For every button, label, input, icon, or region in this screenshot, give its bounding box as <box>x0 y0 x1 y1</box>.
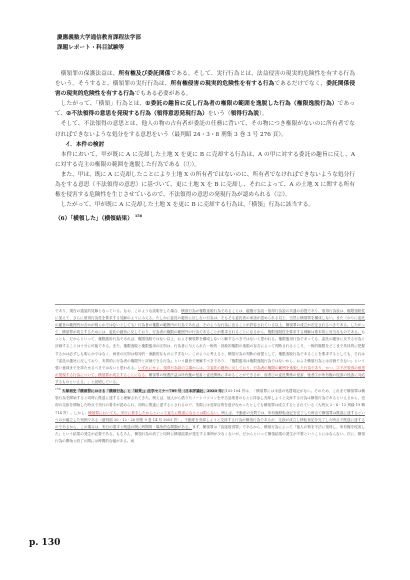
footnote-number: 156 <box>55 387 61 391</box>
footnote-citation: 大塚裕史『横領罪における「横領行為」と「結果」』法学セミナー789 号（日本評論… <box>62 389 226 393</box>
footnotes: であり、現在の通説的見解となっている。なお、このような説明をした場合、横領行為が… <box>55 308 365 445</box>
paragraph-case-2: また、甲は、既に A に売却したことにより土地 X の所有者ではないのに、所有者… <box>55 170 355 200</box>
document-page: 慶應義塾大学通信教育課程法学部 課題レポート・科目試験等 横領罪の保護法益は、所… <box>0 0 410 580</box>
university-program-title: 慶應義塾大学通信教育課程法学部 <box>57 33 141 43</box>
footnote-155: であり、現在の通説的見解となっている。なお、このような説明をした場合、横領行為が… <box>55 308 365 386</box>
paragraph-case-1: 本件において、甲が既に A に売却した土地 X を更に B に売却する行為は、A… <box>55 150 355 170</box>
paragraph-intent: そして、不法領得の意思とは、他人の物の占有者が委託の任務に背いて、その物につき権… <box>55 119 355 139</box>
main-text: 横領罪の保護法益は、所有権及び委託関係である。そして、実行行為とは、法益侵害の現… <box>55 69 355 224</box>
footnote-divider <box>55 304 365 305</box>
paragraph-protected-interest: 横領罪の保護法益は、所有権及び委託関係である。そして、実行行為とは、法益侵害の現… <box>55 69 355 99</box>
document-header: 慶應義塾大学通信教育課程法学部 課題レポート・科目試験等 <box>57 33 141 53</box>
footnote-ref-156[interactable]: 156 <box>135 214 142 218</box>
report-type-title: 課題レポート・科目試験等 <box>57 43 141 53</box>
footnote-156: 156 大塚裕史『横領罪における「横領行為」と「結果」』法学セミナー789 号（… <box>55 386 365 445</box>
red-underlined-emphasis: 横領罪においても、実行に着手したからといって直ちに既遂になるとは限らない。 <box>88 411 221 415</box>
subheading-result: （6）「横領した」（横領結果） 156 <box>55 211 355 224</box>
paragraph-conclusion: したがって、甲が既に A に売却した土地 X を更に B に売却する行為は、「横… <box>55 200 355 210</box>
page-number: p. 130 <box>29 538 60 548</box>
paragraph-definition: したがって、「横領」行為とは、①委託の趣旨に反し行為者の権限の範囲を逸脱した行為… <box>55 99 355 119</box>
subheading-case-review: イ．本件の検討 <box>55 140 355 150</box>
